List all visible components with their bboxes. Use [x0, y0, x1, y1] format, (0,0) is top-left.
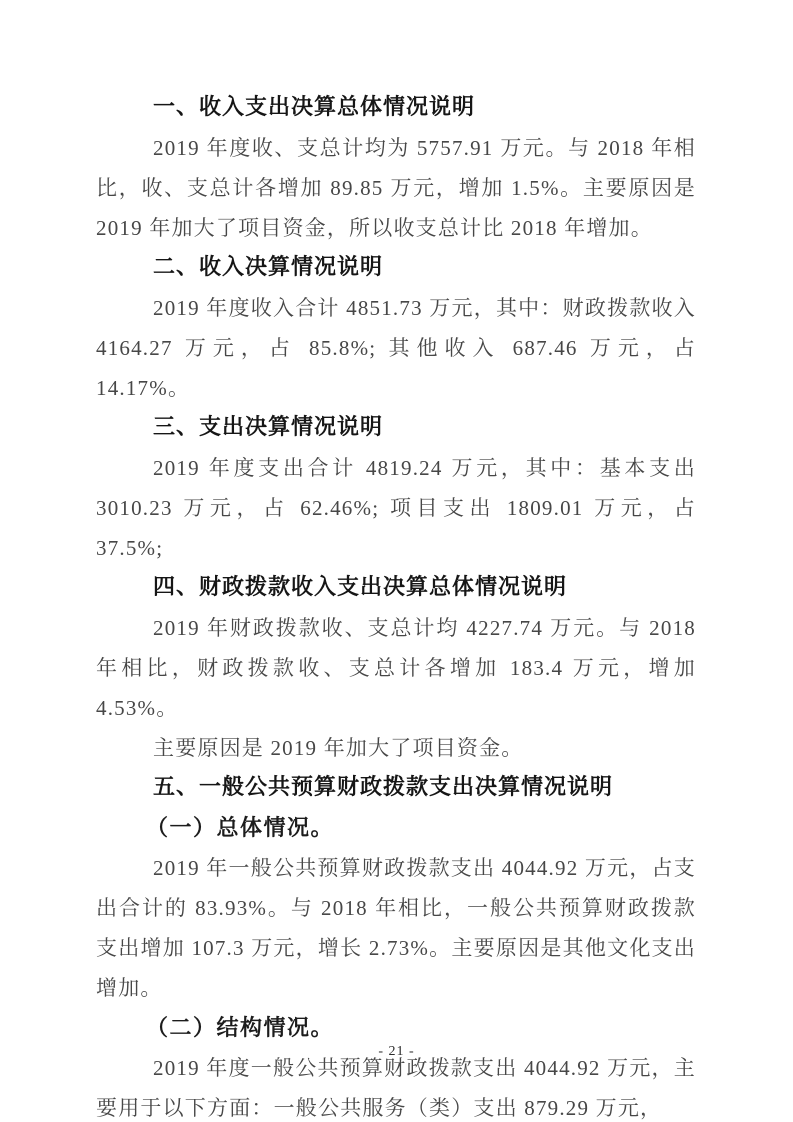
document-page: 一、收入支出决算总体情况说明 2019 年度收、支总计均为 5757.91 万元…	[0, 0, 793, 1122]
paragraph-total-overview: 2019 年度收、支总计均为 5757.91 万元。与 2018 年相比，收、支…	[96, 128, 696, 248]
paragraph-general-budget-overall: 2019 年一般公共预算财政拨款支出 4044.92 万元，占支出合计的 83.…	[96, 848, 696, 1008]
section-heading-3: 三、支出决算情况说明	[96, 408, 696, 448]
paragraph-fiscal-appropriation: 2019 年财政拨款收、支总计均 4227.74 万元。与 2018 年相比，财…	[96, 608, 696, 728]
section-heading-2: 二、收入决算情况说明	[96, 248, 696, 288]
section-heading-5: 五、一般公共预算财政拨款支出决算情况说明	[96, 768, 696, 808]
paragraph-income: 2019 年度收入合计 4851.73 万元，其中：财政拨款收入 4164.27…	[96, 288, 696, 408]
paragraph-fiscal-appropriation-reason: 主要原因是 2019 年加大了项目资金。	[96, 728, 696, 768]
page-number: - 21 -	[0, 1044, 793, 1060]
paragraph-expenditure: 2019 年度支出合计 4819.24 万元，其中：基本支出 3010.23 万…	[96, 448, 696, 568]
subsection-heading-overall: （一）总体情况。	[96, 808, 696, 848]
document-content: 一、收入支出决算总体情况说明 2019 年度收、支总计均为 5757.91 万元…	[96, 88, 696, 1122]
subsection-heading-structure: （二）结构情况。	[96, 1008, 696, 1048]
section-heading-4: 四、财政拨款收入支出决算总体情况说明	[96, 568, 696, 608]
section-heading-1: 一、收入支出决算总体情况说明	[96, 88, 696, 128]
